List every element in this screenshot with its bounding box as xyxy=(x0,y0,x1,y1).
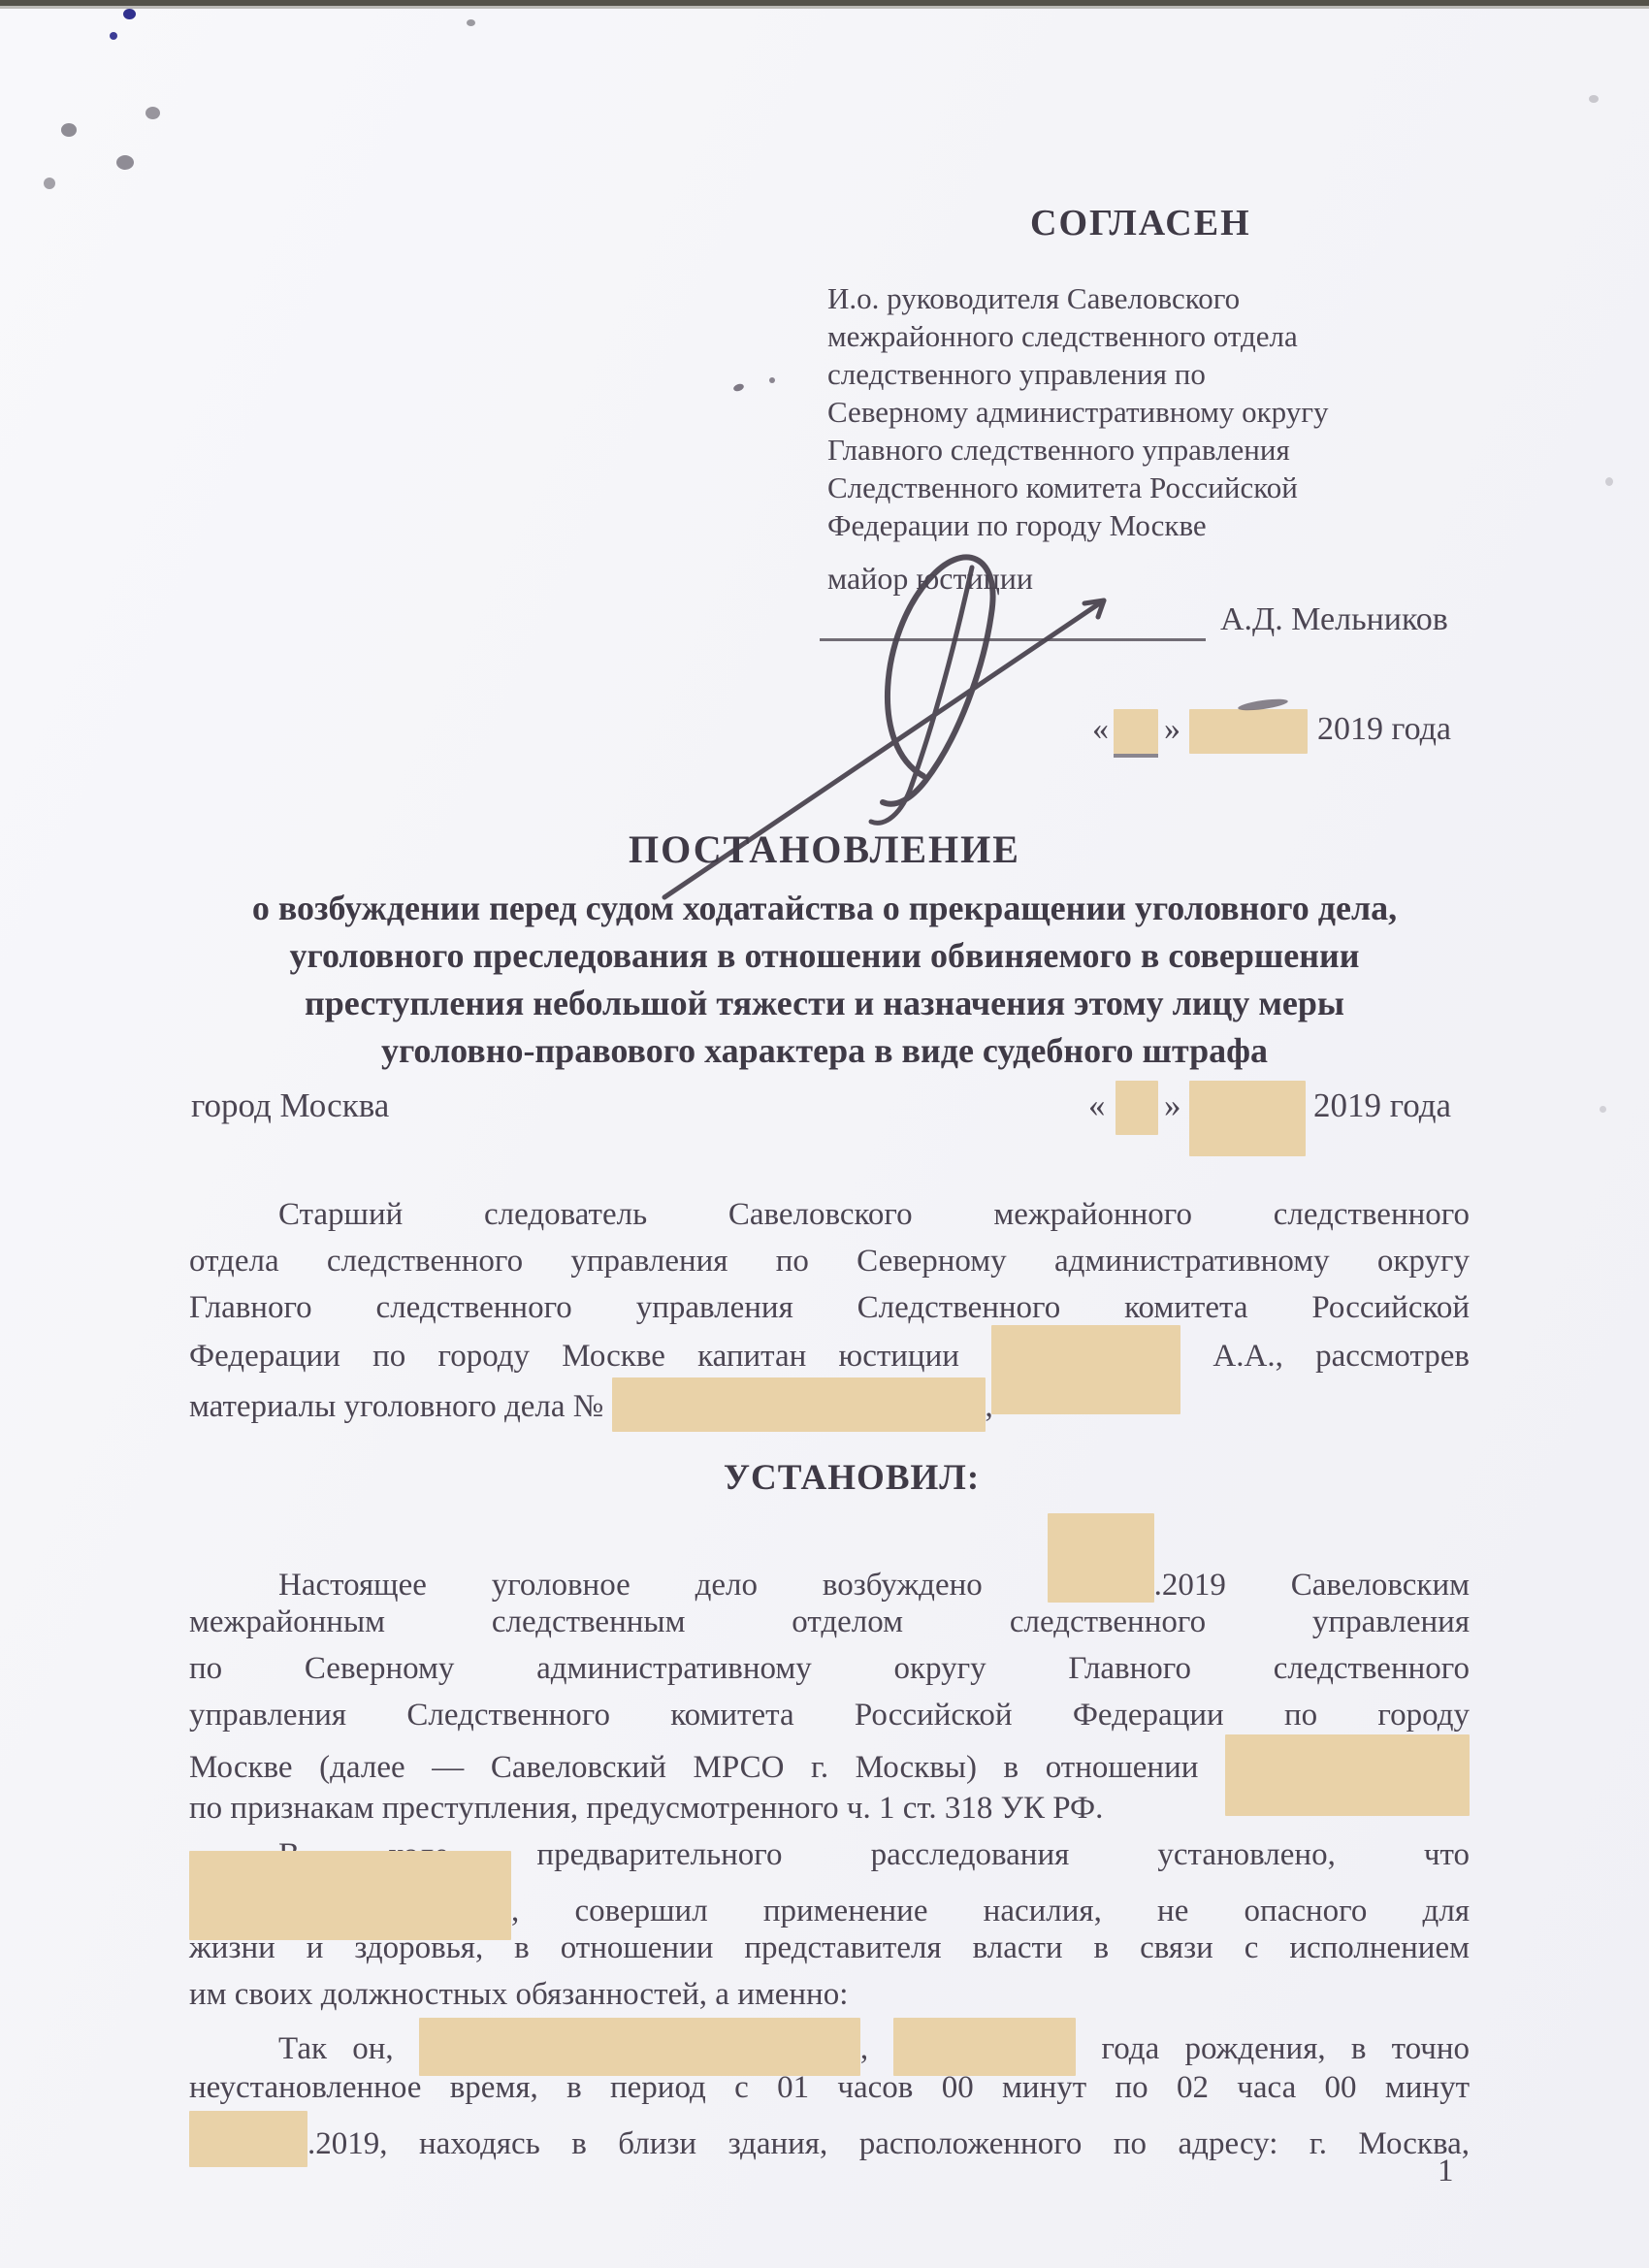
doc-subtitle: о возбуждении перед судом ходатайства о … xyxy=(97,885,1552,1075)
document-date-year: 2019 года xyxy=(1313,1086,1451,1125)
redaction-box xyxy=(1115,1081,1158,1135)
quote-close: » xyxy=(1164,1086,1181,1125)
quote-close: » xyxy=(1164,711,1180,748)
body-line: Старший следователь Савеловского межрайо… xyxy=(189,1191,1470,1238)
body-line: управления Следственного комитета Россий… xyxy=(189,1692,1470,1738)
approver-title-line: Северному административному округу xyxy=(827,393,1332,431)
doc-subtitle-line: о возбуждении перед судом ходатайства о … xyxy=(97,885,1552,932)
body-line: материалы уголовного дела № , xyxy=(189,1377,1470,1424)
body-line: Главного следственного управления Следст… xyxy=(189,1284,1470,1331)
section-heading: УСТАНОВИЛ: xyxy=(27,1457,1649,1499)
body-line: жизни и здоровья, в отношении представит… xyxy=(189,1925,1470,1971)
body-line: неустановленное время, в период с 01 час… xyxy=(189,2064,1470,2111)
scanned-page: СОГЛАСЕН И.о. руководителя Савеловского … xyxy=(0,0,1649,2268)
approver-name: А.Д. Мельников xyxy=(1220,601,1448,638)
dust-speck xyxy=(1605,477,1613,486)
approver-title-line: Федерации по городу Москве xyxy=(827,506,1332,544)
ink-speck xyxy=(110,32,117,40)
approver-title-line: Главного следственного управления xyxy=(827,431,1332,469)
doc-subtitle-line: уголовно-правового характера в виде суде… xyxy=(97,1027,1552,1075)
approval-status: СОГЛАСЕН xyxy=(1030,202,1251,244)
body-line: отдела следственного управления по Север… xyxy=(189,1238,1470,1284)
page-number: 1 xyxy=(1438,2154,1454,2189)
quote-open: « xyxy=(1088,1086,1106,1125)
body-line: по признакам преступления, предусмотренн… xyxy=(189,1785,1470,1831)
dateline-city: город Москва xyxy=(191,1086,389,1125)
redaction-box xyxy=(1189,709,1308,754)
dust-speck xyxy=(467,19,475,26)
doc-title: ПОСТАНОВЛЕНИЕ xyxy=(0,826,1649,872)
staple-mark xyxy=(145,107,160,119)
document-date-row: « » 2019 года xyxy=(1088,1079,1496,1171)
redaction-box xyxy=(1048,1513,1154,1603)
approver-title-line: следственного управления по xyxy=(827,355,1332,393)
approver-title-line: межрайонного следственного отдела xyxy=(827,317,1332,355)
redaction-box xyxy=(1114,709,1158,754)
approval-date-row: « » 2019 года xyxy=(1092,709,1500,767)
approver-title-line: И.о. руководителя Савеловского xyxy=(827,279,1332,317)
body-line: Федерации по городу Москве капитан юстиц… xyxy=(189,1331,1470,1377)
dust-speck xyxy=(1589,95,1599,103)
body-line: межрайонным следственным отделом следств… xyxy=(189,1599,1470,1645)
redaction-box xyxy=(1189,1081,1306,1156)
scan-edge-band-light xyxy=(0,6,1649,9)
quote-open: « xyxy=(1092,711,1109,748)
doc-subtitle-line: преступления небольшой тяжести и назначе… xyxy=(97,980,1552,1027)
redaction-box xyxy=(189,2111,307,2167)
ink-mark xyxy=(1114,754,1158,758)
body-line: .2019, находясь в близи здания, располож… xyxy=(189,2111,1470,2157)
doc-subtitle-line: уголовного преследования в отношении обв… xyxy=(97,932,1552,980)
ink-speck xyxy=(123,9,136,19)
approver-title-line: Следственного комитета Российской xyxy=(827,469,1332,506)
pen-mark xyxy=(769,377,775,383)
staple-mark xyxy=(44,178,55,189)
staple-mark xyxy=(116,155,134,170)
approver-title-block: И.о. руководителя Савеловского межрайонн… xyxy=(827,279,1332,544)
body-line: по Северному административному округу Гл… xyxy=(189,1645,1470,1692)
body-line: Москве (далее — Савеловский МРСО г. Моск… xyxy=(189,1738,1470,1785)
body-line: Так он, , года рождения, в точно xyxy=(189,2018,1470,2064)
body-line: им своих должностных обязанностей, а име… xyxy=(189,1971,1470,2018)
dust-speck xyxy=(1600,1106,1606,1113)
pen-mark xyxy=(732,382,745,392)
body-line: , совершил применение насилия, не опасно… xyxy=(189,1878,1470,1925)
redaction-box xyxy=(612,1377,986,1432)
staple-mark xyxy=(61,123,77,137)
approver-rank: майор юстиции xyxy=(827,561,1033,597)
body-line: Настоящее уголовное дело возбуждено .201… xyxy=(189,1552,1470,1599)
signature-line xyxy=(820,638,1206,641)
approval-date-year: 2019 года xyxy=(1317,711,1451,748)
